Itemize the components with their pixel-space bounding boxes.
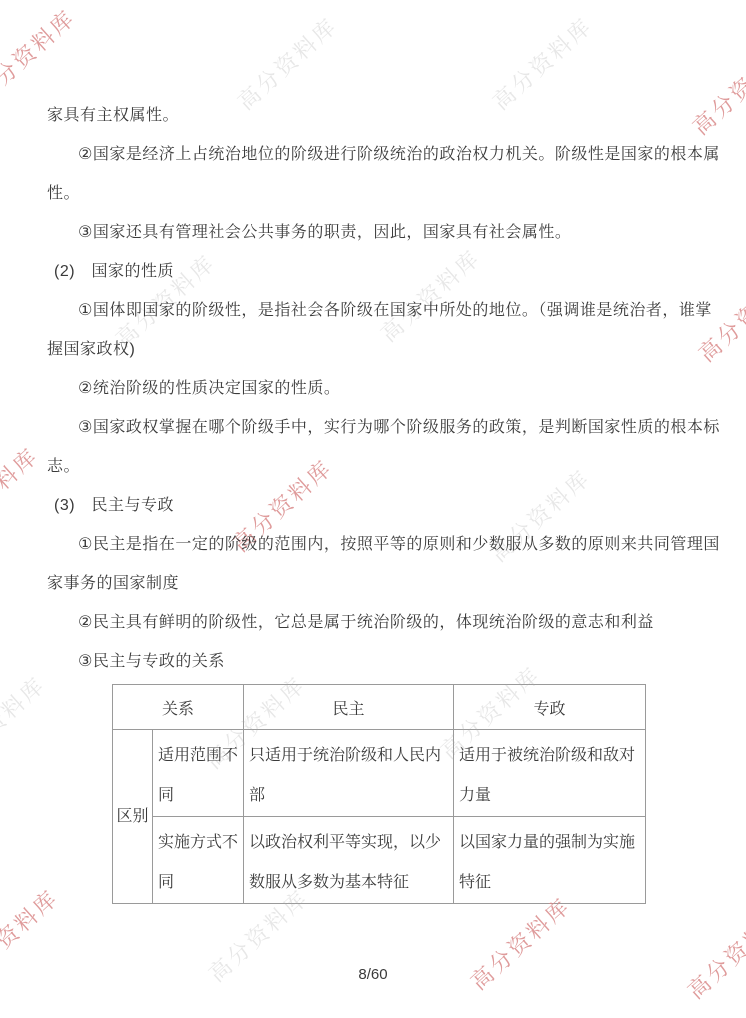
table-header-dictatorship: 专政: [454, 685, 646, 730]
text-line: ②统治阶级的性质决定国家的性质。: [0, 369, 746, 408]
document-page: 高分资料库高分资料库高分资料库高分资料库高分资料库高分资料库高分资料库高分资料库…: [0, 0, 746, 1018]
table-row-group-label: 区别: [113, 730, 153, 904]
table-cell-aspect: 实施方式不同: [153, 817, 244, 904]
text-line: (2) 国家的性质: [0, 252, 746, 291]
democracy-dictatorship-table: 关系 民主 专政 区别 适用范围不同 只适用于统治阶级和人民内部 适用于被统治阶…: [112, 684, 646, 904]
table-header-democracy: 民主: [244, 685, 454, 730]
table-cell-dictatorship: 适用于被统治阶级和敌对力量: [454, 730, 646, 817]
text-line: 家事务的国家制度: [0, 564, 746, 603]
text-line: (3) 民主与专政: [0, 486, 746, 525]
text-line: 性。: [0, 174, 746, 213]
table-cell-dictatorship: 以国家力量的强制为实施特征: [454, 817, 646, 904]
text-line: ②国家是经济上占统治地位的阶级进行阶级统治的政治权力机关。阶级性是国家的根本属: [0, 135, 746, 174]
table-row: 区别 适用范围不同 只适用于统治阶级和人民内部 适用于被统治阶级和敌对力量: [113, 730, 646, 817]
table-cell-aspect: 适用范围不同: [153, 730, 244, 817]
table-header-relation: 关系: [113, 685, 244, 730]
text-line: 家具有主权属性。: [0, 96, 746, 135]
document-body: 家具有主权属性。②国家是经济上占统治地位的阶级进行阶级统治的政治权力机关。阶级性…: [0, 0, 746, 681]
text-line: ①国体即国家的阶级性，是指社会各阶级在国家中所处的地位。（强调谁是统治者，谁掌: [0, 291, 746, 330]
table-cell-democracy: 只适用于统治阶级和人民内部: [244, 730, 454, 817]
text-line: ②民主具有鲜明的阶级性，它总是属于统治阶级的，体现统治阶级的意志和利益: [0, 603, 746, 642]
page-number: 8/60: [0, 966, 746, 983]
table-row: 实施方式不同 以政治权利平等实现，以少数服从多数为基本特征 以国家力量的强制为实…: [113, 817, 646, 904]
text-line: 志。: [0, 447, 746, 486]
watermark: 高分资料库: [0, 669, 52, 776]
text-line: 握国家政权): [0, 330, 746, 369]
text-line: ①民主是指在一定的阶级的范围内，按照平等的原则和少数服从多数的原则来共同管理国: [0, 525, 746, 564]
text-line: ③民主与专政的关系: [0, 642, 746, 681]
table-cell-democracy: 以政治权利平等实现，以少数服从多数为基本特征: [244, 817, 454, 904]
text-line: ③国家政权掌握在哪个阶级手中，实行为哪个阶级服务的政策，是判断国家性质的根本标: [0, 408, 746, 447]
watermark: 高分资料库: [680, 899, 746, 1006]
table-header-row: 关系 民主 专政: [113, 685, 646, 730]
text-line: ③国家还具有管理社会公共事务的职责，因此，国家具有社会属性。: [0, 213, 746, 252]
